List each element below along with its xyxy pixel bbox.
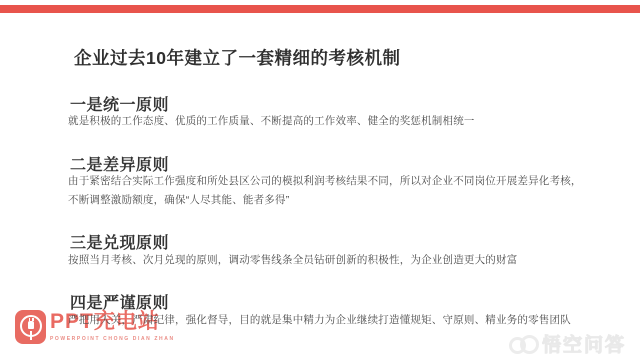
section-body: 按照当月考核、次月兑现的原则，调动零售线条全员钻研创新的积极性，为企业创造更大的…	[68, 251, 517, 270]
section-unified-principle: 一是统一原则 就是积极的工作态度、优质的工作质量、不断提高的工作效率、健全的奖惩…	[0, 92, 640, 142]
body-line: 由于紧密结合实际工作强度和所处县区公司的模拟利润考核结果不同，所以对企业不同岗位…	[68, 172, 582, 191]
section-difference-principle: 二是差异原则 由于紧密结合实际工作强度和所处县区公司的模拟利润考核结果不同，所以…	[0, 152, 640, 222]
section-heading: 三是兑现原则	[70, 230, 169, 253]
section-body: 由于紧密结合实际工作强度和所处县区公司的模拟利润考核结果不同，所以对企业不同岗位…	[68, 172, 582, 210]
body-line: 按照当月考核、次月兑现的原则，调动零售线条全员钻研创新的积极性，为企业创造更大的…	[68, 251, 517, 270]
section-heading: 四是严谨原则	[70, 290, 169, 313]
top-accent-bar	[0, 5, 640, 13]
body-line: 严把用人关，严肃纪律，强化督导，目的就是集中精力为企业继续打造懂规矩、守原则、精…	[68, 311, 571, 330]
section-rigor-principle: 四是严谨原则 严把用人关，严肃纪律，强化督导，目的就是集中精力为企业继续打造懂规…	[0, 290, 640, 340]
slide-canvas: 企业过去10年建立了一套精细的考核机制 一是统一原则 就是积极的工作态度、优质的…	[0, 0, 640, 360]
section-body: 就是积极的工作态度、优质的工作质量、不断提高的工作效率、健全的奖惩机制相统一	[68, 112, 475, 131]
section-body: 严把用人关，严肃纪律，强化督导，目的就是集中精力为企业继续打造懂规矩、守原则、精…	[68, 311, 571, 330]
body-line: 就是积极的工作态度、优质的工作质量、不断提高的工作效率、健全的奖惩机制相统一	[68, 112, 475, 131]
section-fulfillment-principle: 三是兑现原则 按照当月考核、次月兑现的原则，调动零售线条全员钻研创新的积极性，为…	[0, 230, 640, 280]
slide-title: 企业过去10年建立了一套精细的考核机制	[74, 45, 400, 70]
body-line: 不断调整激励额度，确保“人尽其能、能者多得”	[68, 191, 582, 210]
